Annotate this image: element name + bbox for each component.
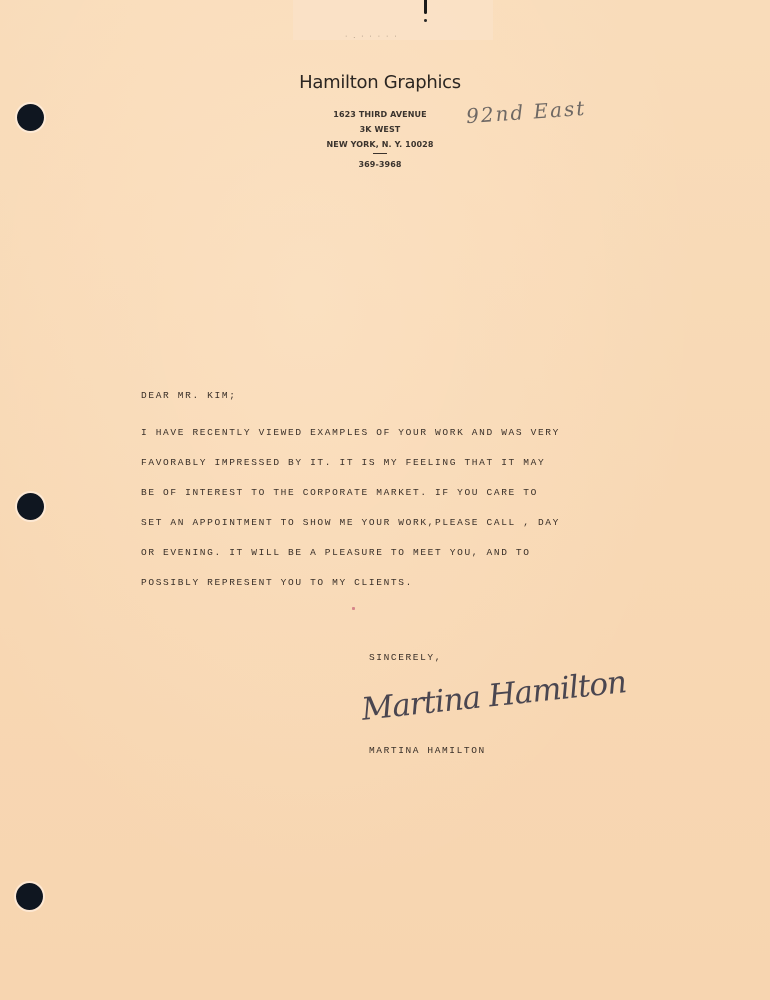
address-line-2: 3K WEST [280, 122, 480, 137]
body-line: favorably impressed by it. It is my feel… [141, 457, 545, 468]
body-line: be of interest to the corporate market. … [141, 487, 538, 498]
signature-script: Martina Hamilton [360, 664, 628, 728]
signature: Martina Hamilton [357, 670, 617, 730]
address-line-1: 1623 THIRD AVENUE [280, 107, 480, 122]
body-line: I have recently viewed examples of your … [141, 427, 560, 438]
body-line: or evening. It will be a pleasure to mee… [141, 547, 531, 558]
phone-number: 369-3968 [280, 157, 480, 172]
punch-hole-icon [17, 104, 44, 131]
ink-mark [424, 0, 427, 14]
punch-hole-icon [16, 883, 43, 910]
typed-signer-name: Martina Hamilton [369, 745, 486, 756]
letterhead: Hamilton Graphics 1623 THIRD AVENUE 3K W… [280, 72, 480, 172]
body-line: set an appointment to show me your work,… [141, 517, 560, 528]
salutation: Dear Mr. Kim; [141, 390, 237, 401]
faint-marks: · . · · · · · [345, 33, 399, 40]
letterhead-divider [373, 153, 387, 154]
address-line-3: NEW YORK, N. Y. 10028 [280, 137, 480, 152]
stray-ink-mark [352, 607, 355, 610]
body-line: possibly represent you to my clients. [141, 577, 413, 588]
company-name: Hamilton Graphics [280, 72, 480, 93]
closing: Sincerely, [369, 652, 442, 663]
punch-hole-icon [17, 493, 44, 520]
ink-dot [424, 19, 427, 22]
